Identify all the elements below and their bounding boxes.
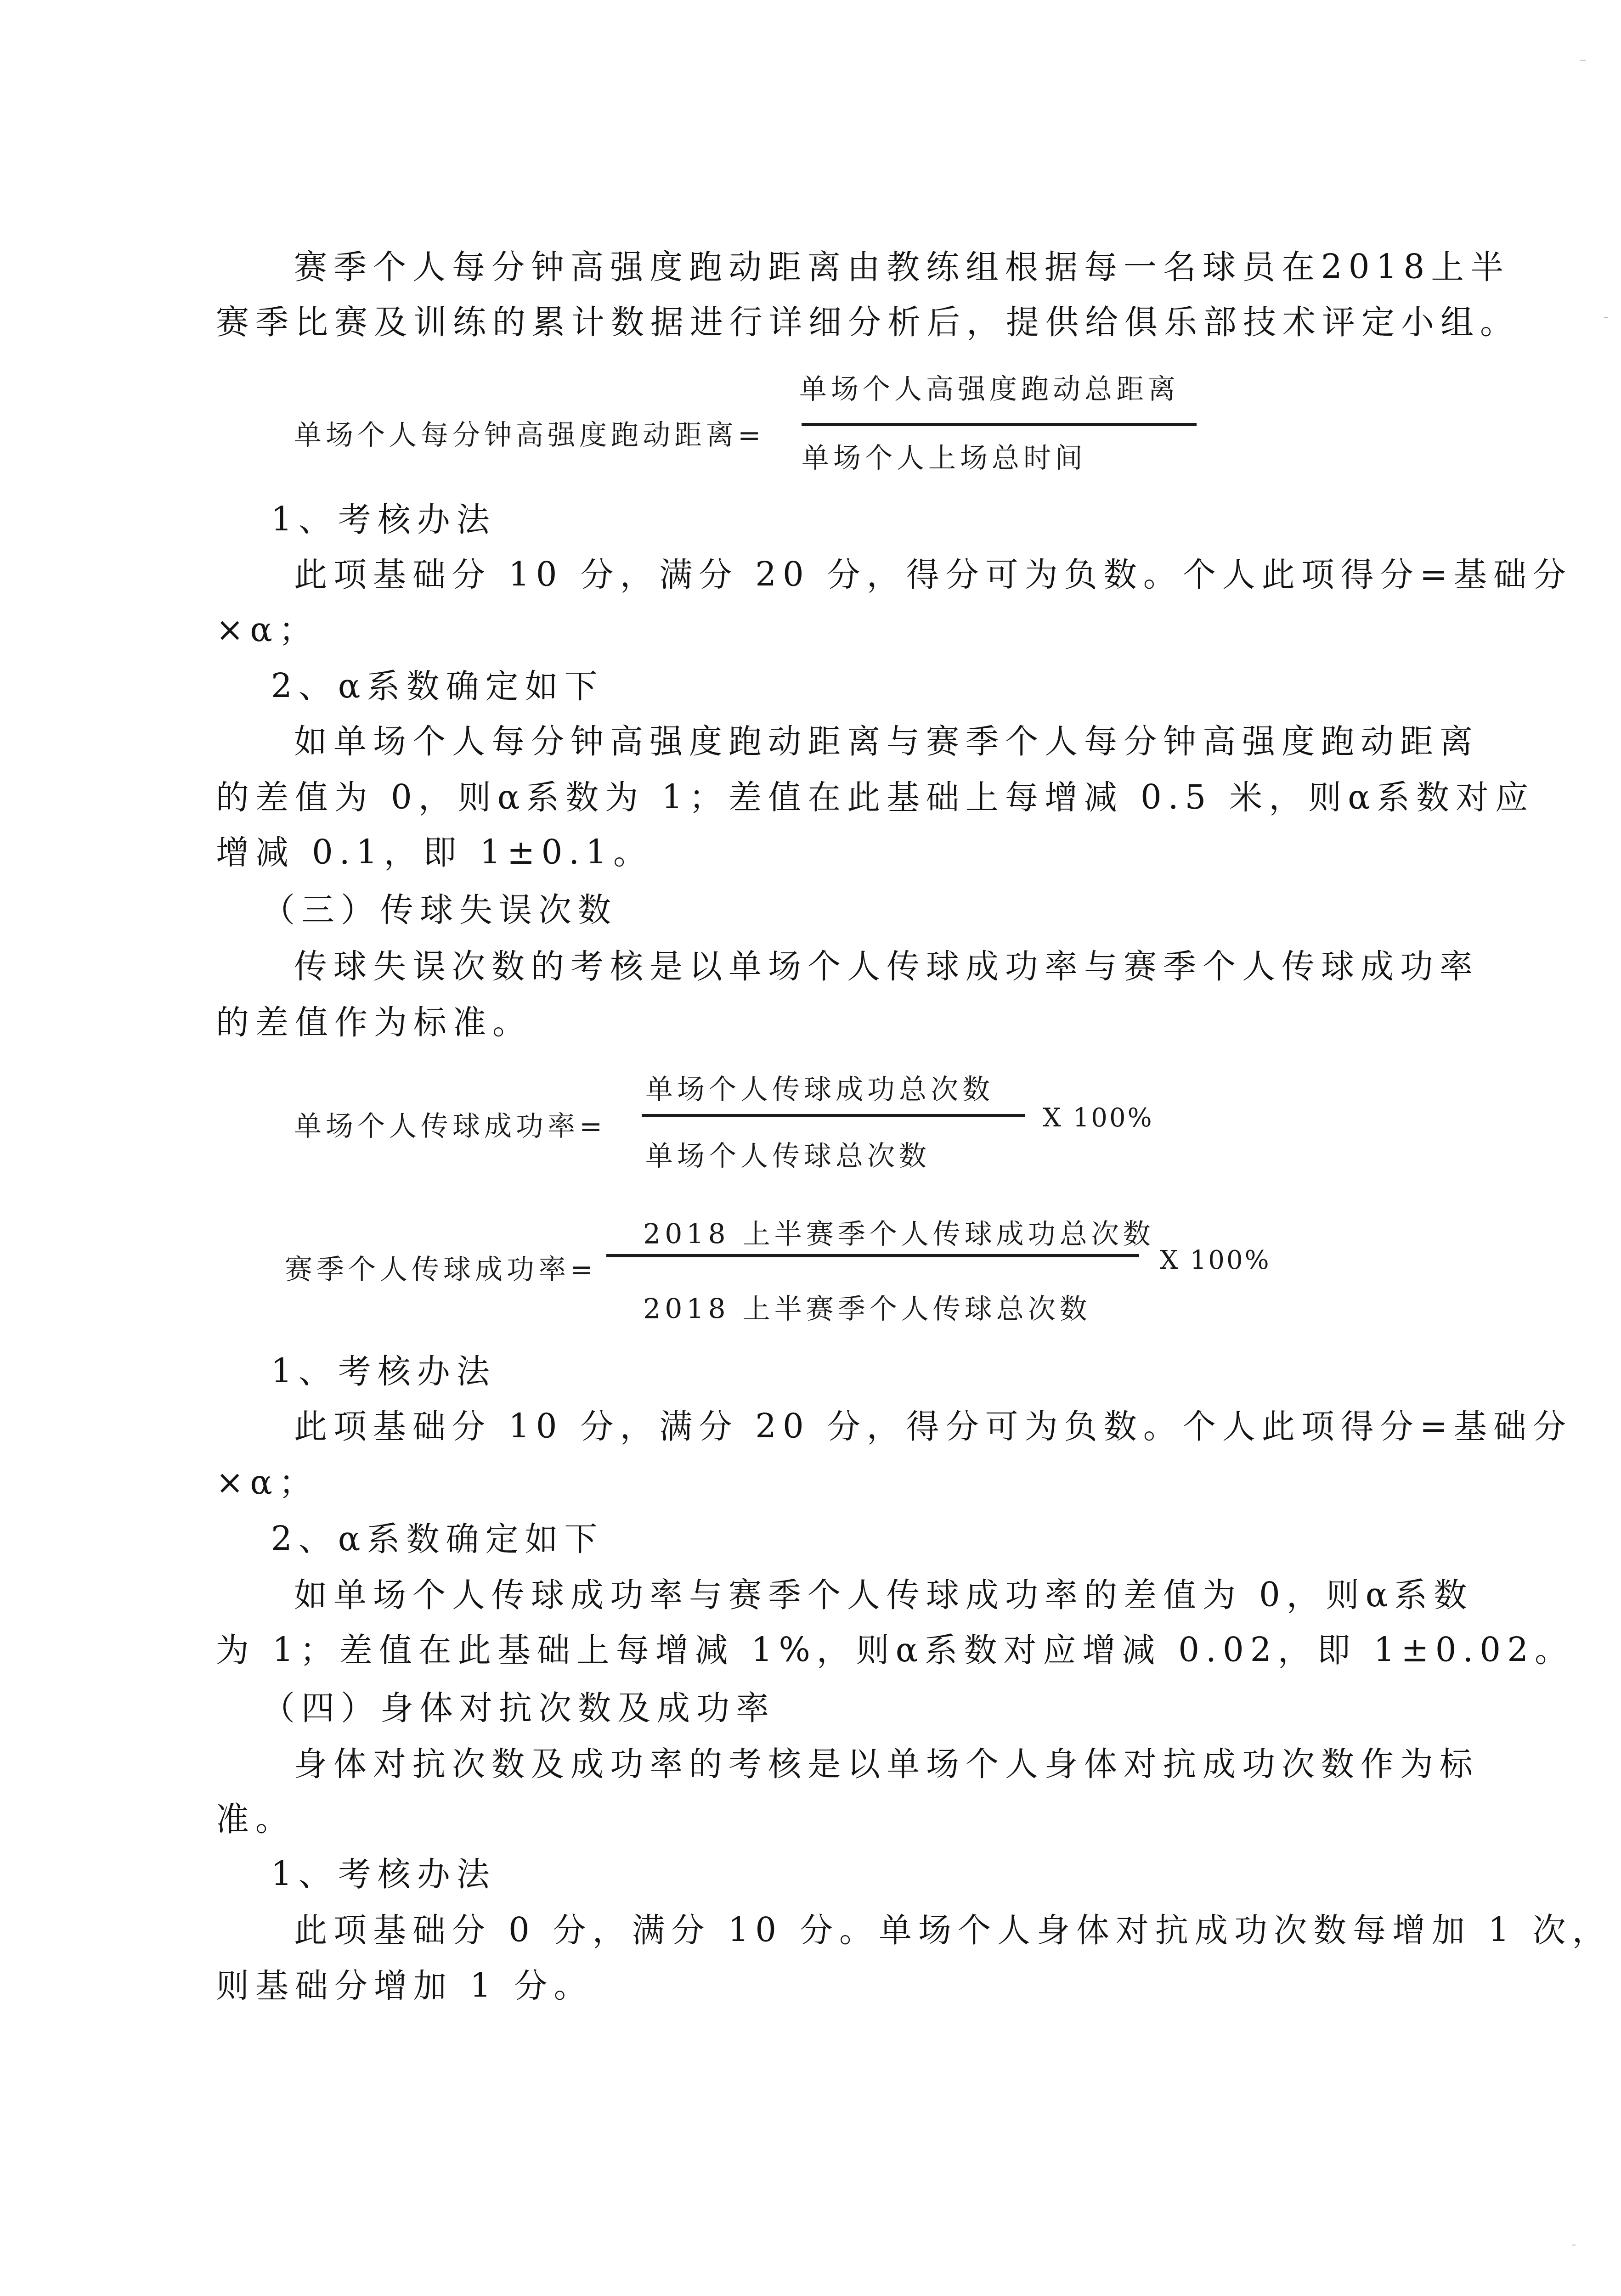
fraction-bar xyxy=(606,1254,1139,1257)
formula-single-multiplier: X 100% xyxy=(1043,1103,1154,1133)
running-alpha-heading: 2、α系数确定如下 xyxy=(271,670,604,703)
formula-season-denominator: 2018 上半赛季个人传球总次数 xyxy=(643,1287,1091,1327)
formula-running-label: 单场个人每分钟高强度跑动距离= xyxy=(294,413,765,453)
formula-season-numerator: 2018 上半赛季个人传球成功总次数 xyxy=(643,1212,1155,1252)
running-method-line-2: ×α； xyxy=(216,613,318,646)
fraction-bar xyxy=(802,423,1197,426)
running-alpha-line-2: 的差值为 0，则α系数为 1；差值在此基础上每增减 0.5 米，则α系数对应 xyxy=(216,781,1535,814)
formula-running-numerator: 单场个人高强度跑动总距离 xyxy=(799,367,1180,407)
formula-season-label: 赛季个人传球成功率= xyxy=(285,1248,597,1287)
section3-method-line-1: 此项基础分 10 分，满分 20 分，得分可为负数。个人此项得分=基础分 xyxy=(294,1410,1572,1443)
intro-line-1: 赛季个人每分钟高强度跑动距离由教练组根据每一名球员在2018上半 xyxy=(294,250,1510,283)
scan-mark xyxy=(1572,2245,1576,2245)
formula-single-numerator: 单场个人传球成功总次数 xyxy=(645,1068,994,1107)
formula-season-multiplier: X 100% xyxy=(1160,1245,1271,1275)
scan-mark xyxy=(1580,60,1586,61)
section4-method-line-1: 此项基础分 0 分，满分 10 分。单场个人身体对抗成功次数每增加 1 次， xyxy=(294,1913,1612,1947)
intro-line-2: 赛季比赛及训练的累计数据进行详细分析后，提供给俱乐部技术评定小组。 xyxy=(216,305,1519,338)
scan-mark xyxy=(1604,317,1608,318)
section3-desc-line-1: 传球失误次数的考核是以单场个人传球成功率与赛季个人传球成功率 xyxy=(294,950,1479,983)
running-method-line-1: 此项基础分 10 分，满分 20 分，得分可为负数。个人此项得分=基础分 xyxy=(294,558,1572,591)
section4-desc-line-2: 准。 xyxy=(216,1802,295,1835)
section4-method-line-2: 则基础分增加 1 分。 xyxy=(216,1969,593,2002)
formula-running-denominator: 单场个人上场总时间 xyxy=(802,436,1087,476)
section3-desc-line-2: 的差值作为标准。 xyxy=(216,1006,532,1039)
running-alpha-line-3: 增减 0.1，即 1±0.1。 xyxy=(216,836,653,869)
fraction-bar xyxy=(642,1114,1025,1117)
section3-heading: （三）传球失误次数 xyxy=(262,893,617,926)
document-page: 赛季个人每分钟高强度跑动距离由教练组根据每一名球员在2018上半 赛季比赛及训练… xyxy=(0,0,1621,2296)
section3-method-heading: 1、考核办法 xyxy=(271,1355,496,1388)
section4-heading: （四）身体对抗次数及成功率 xyxy=(262,1691,775,1724)
formula-single-label: 单场个人传球成功率= xyxy=(294,1104,606,1144)
section3-alpha-heading: 2、α系数确定如下 xyxy=(271,1522,604,1555)
section3-alpha-line-1: 如单场个人传球成功率与赛季个人传球成功率的差值为 0，则α系数 xyxy=(294,1578,1473,1611)
running-method-heading: 1、考核办法 xyxy=(271,503,496,536)
section4-method-heading: 1、考核办法 xyxy=(271,1857,496,1891)
section3-method-line-2: ×α； xyxy=(216,1466,318,1499)
formula-single-denominator: 单场个人传球总次数 xyxy=(645,1134,931,1174)
section4-desc-line-1: 身体对抗次数及成功率的考核是以单场个人身体对抗成功次数作为标 xyxy=(294,1747,1479,1780)
running-alpha-line-1: 如单场个人每分钟高强度跑动距离与赛季个人每分钟高强度跑动距离 xyxy=(294,725,1479,758)
section3-alpha-line-2: 为 1；差值在此基础上每增减 1%，则α系数对应增减 0.02，即 1±0.02… xyxy=(216,1633,1574,1666)
